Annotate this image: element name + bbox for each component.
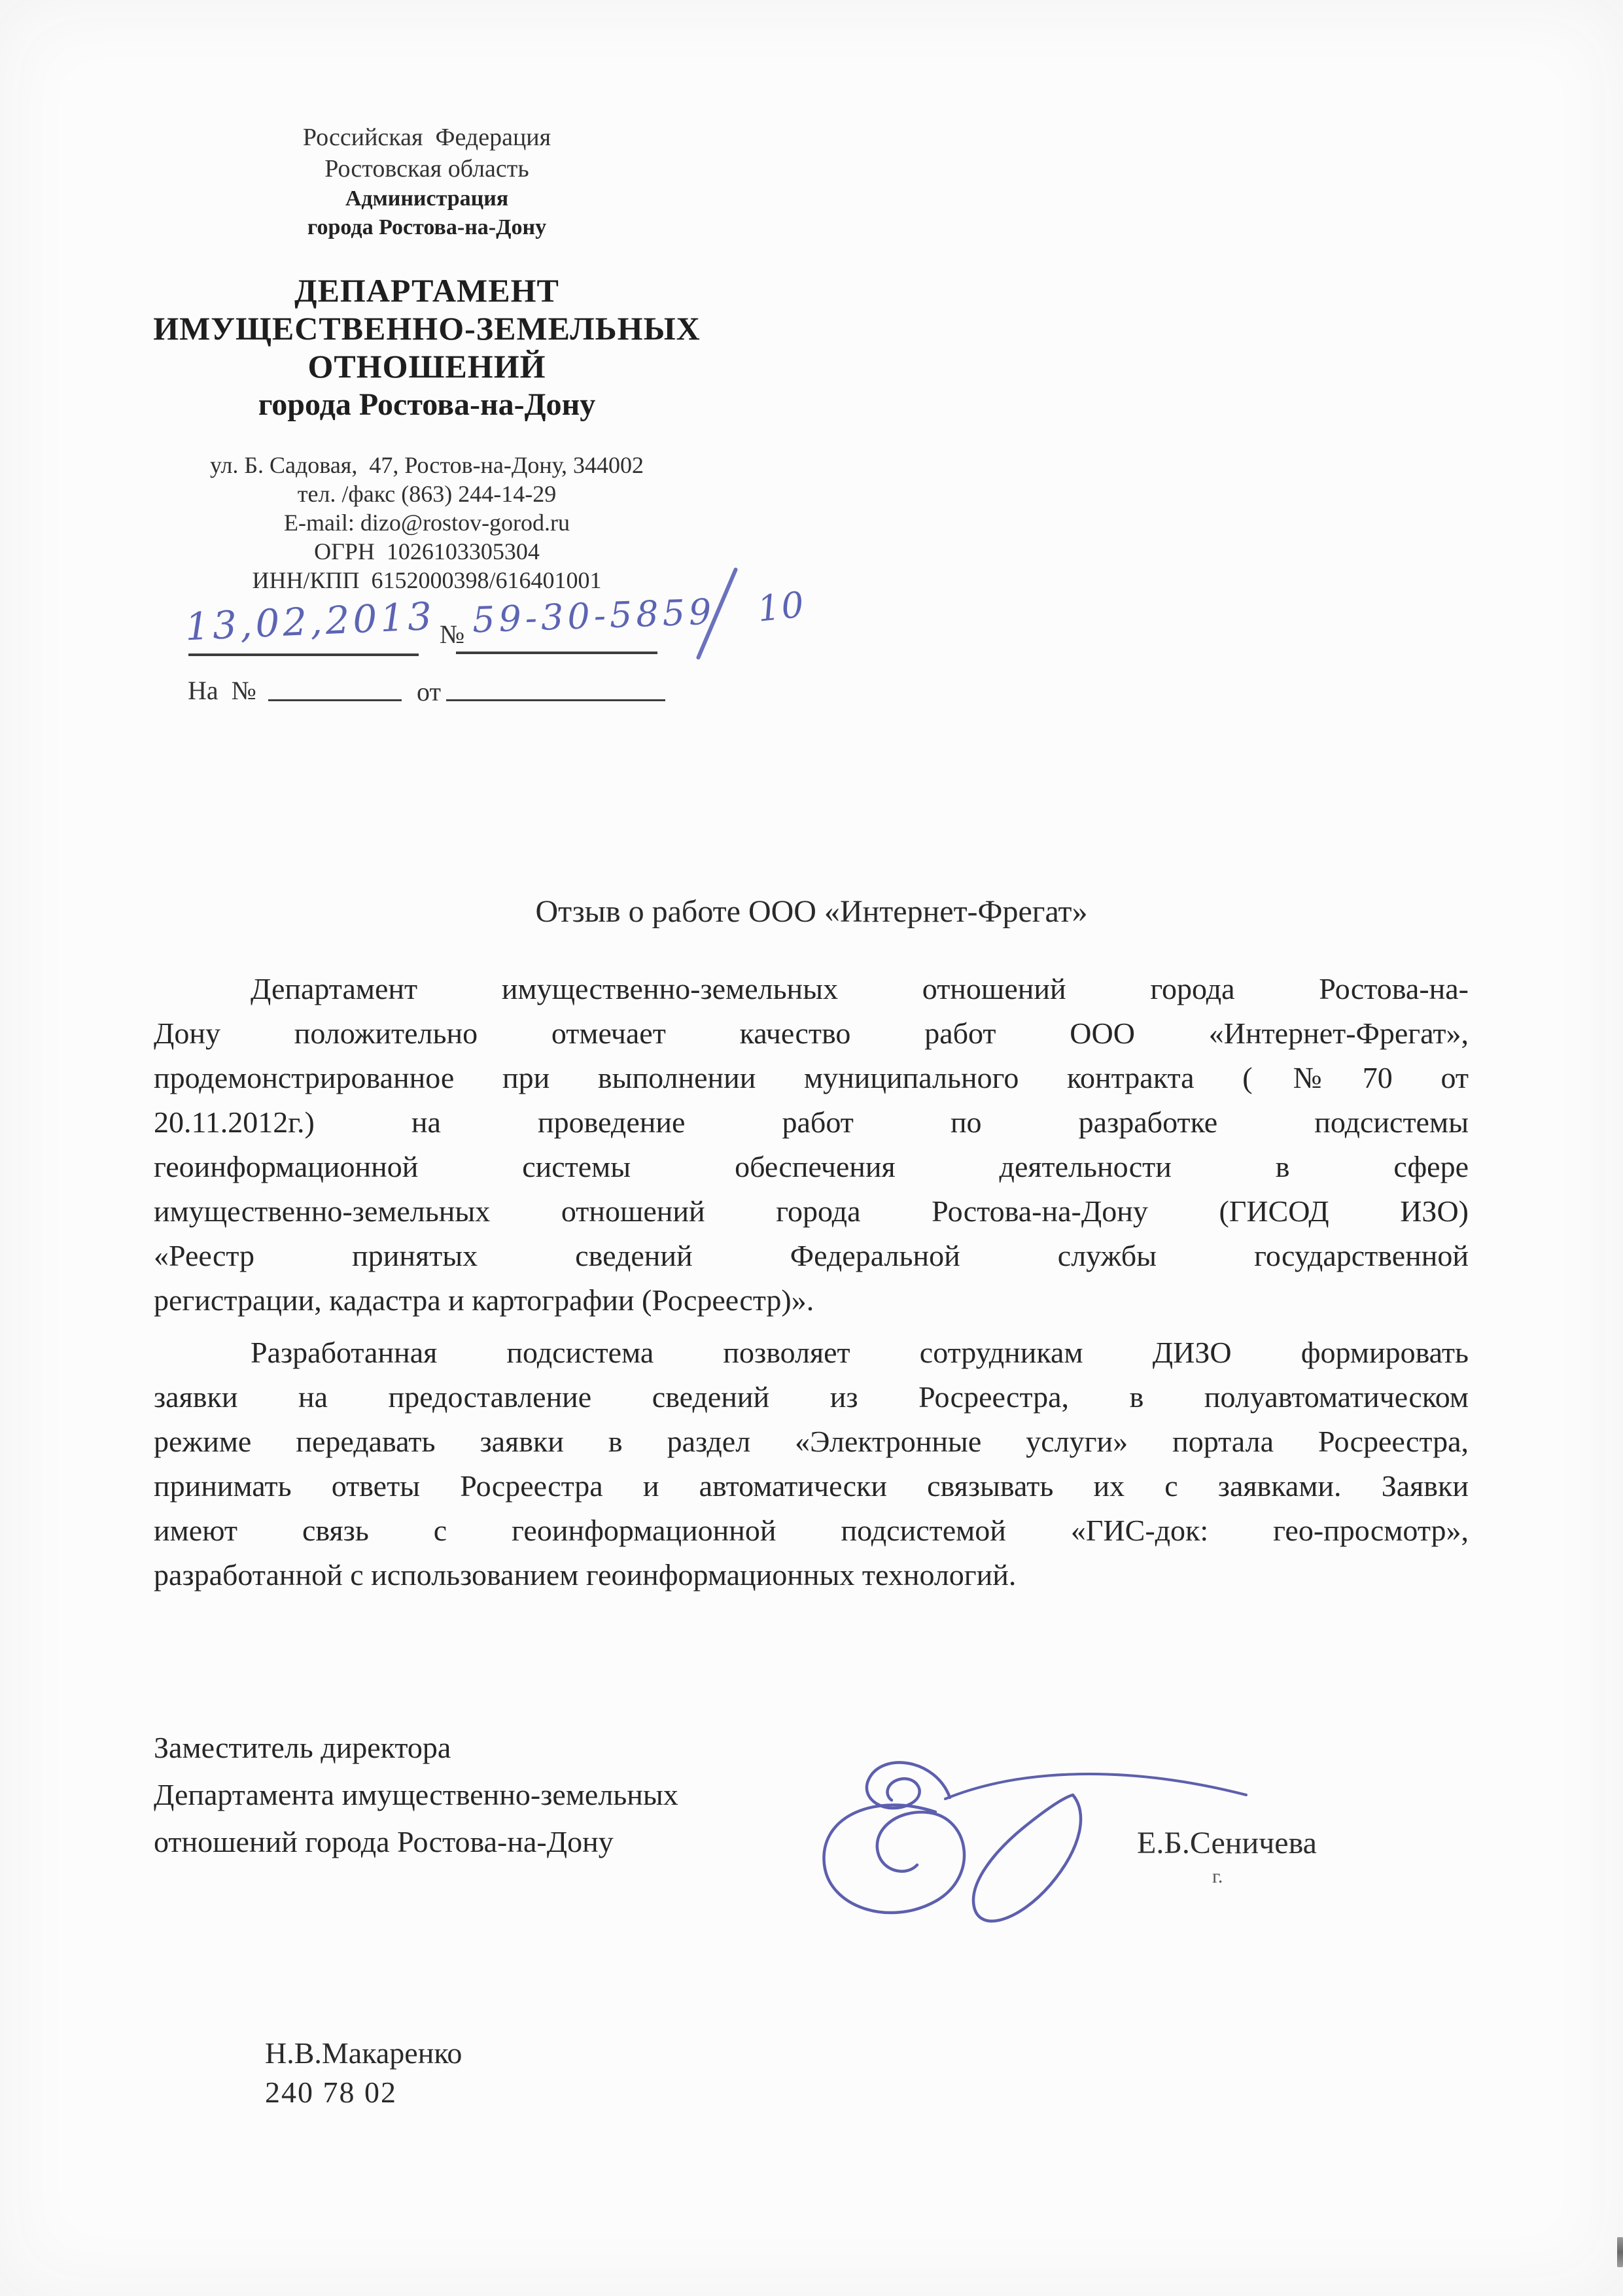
letterhead-ogrn: ОГРН 1026103305304 [150, 537, 703, 566]
department-name-line3: ОТНОШЕНИЙ [150, 347, 703, 385]
department-city: города Ростова-на-Дону [150, 385, 703, 425]
letterhead-region: Ростовская область [150, 153, 703, 184]
letterhead-inn-kpp: ИНН/КПП 6152000398/616401001 [150, 566, 703, 595]
letterhead-admin-line2: города Ростова-на-Дону [150, 213, 703, 242]
body-line: Разработанная подсистема позволяет сотру… [154, 1331, 1469, 1375]
body-line: заявки на предоставление сведений из Рос… [154, 1375, 1469, 1419]
letterhead-email: E-mail: dizo@rostov-gorod.ru [150, 508, 703, 537]
body-line: принимать ответы Росреестра и автоматиче… [154, 1464, 1469, 1508]
letterhead-spacer [150, 242, 703, 271]
body-paragraph-2: Разработанная подсистема позволяет сотру… [154, 1331, 1469, 1597]
handwritten-date: 13,02,2013 [184, 594, 436, 650]
body-line: имеют связь с геоинформационной подсисте… [154, 1508, 1469, 1553]
stamp-mark: г. [1212, 1866, 1223, 1888]
department-name-line1: ДЕПАРТАМЕНТ [150, 271, 703, 309]
document-title: Отзыв о работе ООО «Интернет-Фрегат» [0, 894, 1623, 930]
reply-ot-label: от [417, 676, 441, 707]
handwritten-number: 59-30-5859 [472, 591, 716, 641]
body-line: геоинформационной системы обеспечения де… [154, 1145, 1469, 1189]
body-line: продемонстрированное при выполнении муни… [154, 1056, 1469, 1100]
body-line: режиме передавать заявки в раздел «Элект… [154, 1419, 1469, 1464]
letterhead-country: Российская Федерация [150, 122, 703, 153]
body-line: регистрации, кадастра и картографии (Рос… [154, 1278, 1469, 1323]
signature-position-line-3: отношений города Ростова-на-Дону [154, 1818, 873, 1866]
letterhead-address: ул. Б. Садовая, 47, Ростов-на-Дону, 3440… [150, 451, 703, 479]
signature-position-line-2: Департамента имущественно-земельных [154, 1771, 873, 1818]
signatory-name: Е.Б.Сеничева [1137, 1825, 1317, 1861]
signature-position-block: Заместитель директора Департамента имуще… [154, 1724, 873, 1866]
body-line: «Реестр принятых сведений Федеральной сл… [154, 1234, 1469, 1278]
letterhead-admin-line1: Администрация [150, 184, 703, 213]
reply-number-underline [268, 699, 402, 701]
letterhead-spacer [150, 425, 703, 451]
reply-na-label: На № [188, 675, 256, 706]
number-sign: № [440, 619, 464, 650]
footer-contact-phone: 240 78 02 [265, 2075, 397, 2110]
letterhead-phone: тел. /факс (863) 244-14-29 [150, 479, 703, 508]
scanned-letter-page: Российская Федерация Ростовская область … [0, 0, 1623, 2296]
date-underline [188, 653, 419, 656]
body-line: имущественно-земельных отношений города … [154, 1189, 1469, 1234]
body-paragraph-1: Департамент имущественно-земельных отнош… [154, 967, 1469, 1323]
body-line: 20.11.2012г.) на проведение работ по раз… [154, 1100, 1469, 1145]
handwritten-number-suffix: 10 [756, 583, 807, 629]
body-line: разработанной с использованием геоинформ… [154, 1553, 1469, 1597]
body-line: Департамент имущественно-земельных отнош… [154, 967, 1469, 1011]
signature-position-line-1: Заместитель директора [154, 1724, 873, 1771]
body-line: Дону положительно отмечает качество рабо… [154, 1011, 1469, 1056]
reply-date-underline [446, 699, 665, 701]
letterhead: Российская Федерация Ростовская область … [150, 122, 703, 595]
number-underline [456, 652, 657, 654]
footer-contact-name: Н.В.Макаренко [265, 2036, 462, 2070]
scan-edge-artifact [1617, 2237, 1623, 2267]
department-name-line2: ИМУЩЕСТВЕННО-ЗЕМЕЛЬНЫХ [150, 309, 703, 347]
